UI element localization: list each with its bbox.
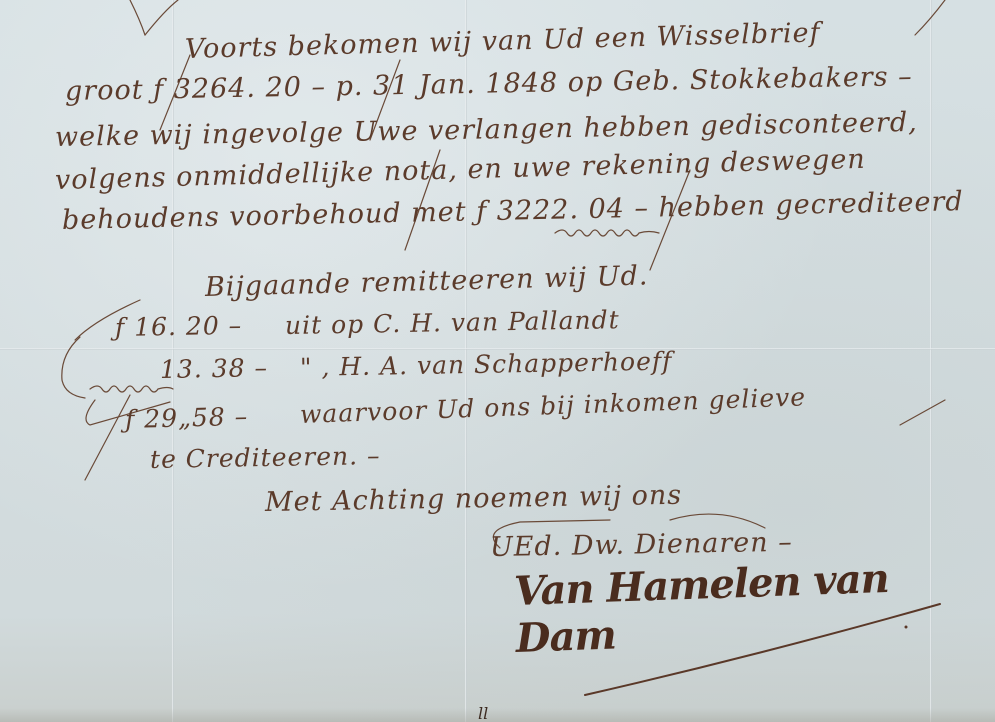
remittance-total-continuation: te Crediteeren. – [150,441,381,474]
signature: Van Hamelen van Dam [513,551,995,662]
closing-servants: UEd. Dw. Dienaren – [490,527,793,563]
remittance-1-text: uit op C. H. van Pallandt [285,305,620,340]
bottom-mark: ll [478,704,488,722]
remittance-total-amount: ƒ 29„58 – [125,402,249,434]
remittance-1-amount: ƒ 16. 20 – [115,311,243,342]
remittance-2-amount: 13. 38 – [160,353,268,384]
